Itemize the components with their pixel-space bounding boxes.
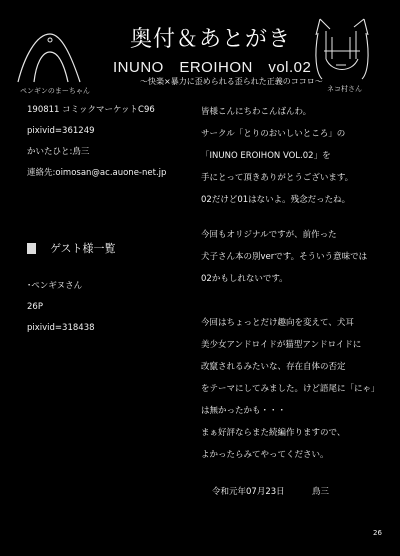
afterword-date: 令和元年07月23日 — [212, 485, 285, 497]
afterword-paragraph-3: 今回はちょっとだけ趣向を変えて、犬耳 美少女アンドロイドが猫型アンドロイドに 改… — [201, 312, 379, 466]
guest-list-heading: ゲスト様一覧 — [27, 240, 116, 256]
afterword-line: 「INUNO EROIHON VOL.02」を — [201, 145, 353, 167]
book-subtitle: INUNO EROIHON vol.02 — [113, 56, 311, 77]
afterword-line: は無かったかも・・・ — [201, 400, 379, 422]
catgirl-doodle-label: ネコ村さん — [327, 84, 362, 94]
afterword-paragraph-1: 皆様こんにちわこんばんわ。 サークル「とりのおいしいところ」の 「INUNO E… — [201, 101, 353, 211]
afterword-line: 02だけど01はないよ。残念だったね。 — [201, 189, 353, 211]
afterword-line: 皆様こんにちわこんばんわ。 — [201, 101, 353, 123]
guest-pixiv: pixivid=318438 — [27, 318, 95, 339]
afterword-line: サークル「とりのおいしいところ」の — [201, 123, 353, 145]
penguin-doodle-label: ペンギンのまーちゃん — [20, 86, 90, 96]
afterword-line: よかったらみてやってください。 — [201, 444, 379, 466]
afterword-line: まぁ好評ならまた続編作りますので、 — [201, 422, 379, 444]
colophon-author: かいたひと:鳥三 — [27, 142, 166, 163]
afterword-line: 犬子さん本の別verです。そういう意味では — [201, 246, 367, 268]
colophon-pixiv: pixivid=361249 — [27, 121, 166, 142]
guest-list: ･ペンギヌさん 26P pixivid=318438 — [27, 276, 95, 339]
afterword-signature: 鳥三 — [312, 485, 329, 497]
afterword-paragraph-2: 今回もオリジナルですが、前作った 犬子さん本の別verです。そういう意味では 0… — [201, 224, 367, 290]
catgirl-doodle-icon — [312, 15, 372, 83]
afterword-line: 02かもしれないです。 — [201, 268, 367, 290]
afterword-line: 改竄されるみたいな、存在自体の否定 — [201, 356, 379, 378]
penguin-doodle-icon — [10, 28, 90, 86]
colophon-contact: 連絡先:oimosan@ac.auone-net.jp — [27, 163, 166, 184]
afterword-line: 美少女アンドロイドが猫型アンドロイドに — [201, 334, 379, 356]
guest-page: 26P — [27, 297, 95, 318]
colophon-event: 190811 コミックマーケットC96 — [27, 100, 166, 121]
page-number: 26 — [373, 529, 382, 537]
guest-heading-text: ゲスト様一覧 — [50, 240, 116, 256]
book-tagline: ～快楽×暴力に歪められる歪られた正義のココロ～ — [140, 76, 323, 87]
guest-name: ･ペンギヌさん — [27, 276, 95, 297]
guest-list-icon — [27, 243, 36, 254]
colophon-block: 190811 コミックマーケットC96 pixivid=361249 かいたひと… — [27, 100, 166, 184]
afterword-line: 今回はちょっとだけ趣向を変えて、犬耳 — [201, 312, 379, 334]
afterword-line: 手にとって頂きありがとうございます。 — [201, 167, 353, 189]
afterword-line: 今回もオリジナルですが、前作った — [201, 224, 367, 246]
page-title: 奥付＆あとがき — [130, 22, 291, 53]
afterword-line: をテーマにしてみました。けど語尾に「にゃ」 — [201, 378, 379, 400]
